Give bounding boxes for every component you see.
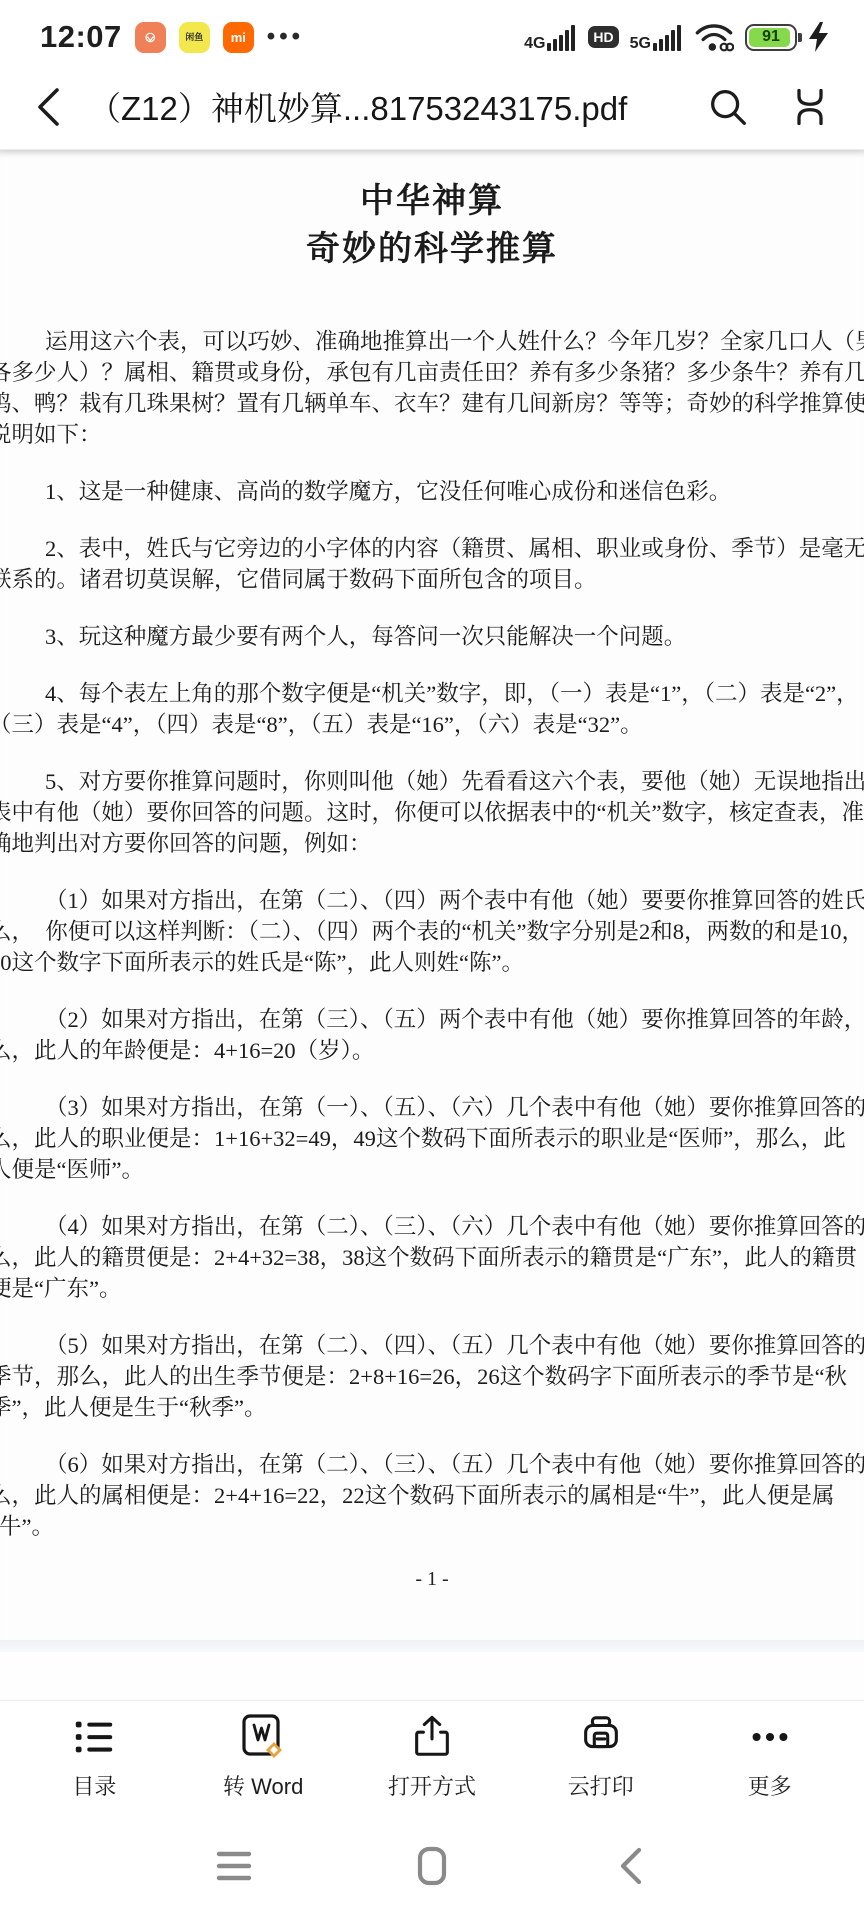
paragraph: 4、每个表左上角的那个数字便是“机关”数字，即，（一）表是“1”，（二）表是“2… <box>0 678 864 740</box>
doc-line: 么，此人的属相便是：2+4+16=22，22这个数码下面所表示的属相是“牛”，此… <box>0 1480 864 1511</box>
xiaomi-app-icon: mi <box>223 22 254 53</box>
cloud-print-icon <box>578 1713 624 1761</box>
cellular-signal-1: 4G <box>524 23 577 51</box>
paragraph: 1、这是一种健康、高尚的数学魔方，它没任何唯心成份和迷信色彩。 <box>0 476 864 507</box>
paragraph: （4）如果对方指出，在第（二）、（三）、（六）几个表中有他（她）要你推算回答的籍… <box>0 1211 864 1304</box>
doc-line: 4、每个表左上角的那个数字便是“机关”数字，即，（一）表是“1”，（二）表是“2… <box>0 678 864 709</box>
back-icon <box>617 1846 643 1886</box>
charging-bolt-icon <box>808 22 830 52</box>
convert-to-word-label: 转 Word <box>223 1770 303 1801</box>
doc-line: （2）如果对方指出，在第（三）、（五）两个表中有他（她）要你推算回答的年龄， 那 <box>0 1004 864 1035</box>
reader-tools-icon <box>788 85 832 129</box>
battery-icon: 91 <box>745 24 797 51</box>
hd-volte-icon: HD <box>588 26 618 48</box>
doc-line: 说明如下： <box>0 419 864 450</box>
doc-line: 么， 你便可以这样判断：（二）、（四）两个表的“机关”数字分别是2和8，两数的和… <box>0 916 864 947</box>
doc-line: 确地判出对方要你回答的问题，例如： <box>0 828 864 859</box>
doc-line: “牛”。 <box>0 1511 864 1542</box>
paragraph: （3）如果对方指出，在第（一）、（五）、（六）几个表中有他（她）要你推算回答的职… <box>0 1092 864 1185</box>
convert-to-word-icon <box>238 1713 288 1761</box>
bottom-toolbar: 目录 转 Word 打开方式 <box>0 1700 864 1812</box>
battery-percent: 91 <box>747 28 795 46</box>
android-nav-bar <box>0 1812 864 1920</box>
header-actions <box>704 83 834 131</box>
doc-line: 10这个数字下面所表示的姓氏是“陈”，此人则姓“陈”。 <box>0 947 864 978</box>
reader-tools-button[interactable] <box>786 83 834 131</box>
status-bar-left: 12:07 ⎉ 闲鱼 mi ••• <box>40 19 304 55</box>
wifi-icon <box>694 21 734 53</box>
paragraph: 5、对方要你推算问题时，你则叫他（她）先看看这六个表，要他（她）无误地指出哪些 … <box>0 766 864 859</box>
doc-line: 5、对方要你推算问题时，你则叫他（她）先看看这六个表，要他（她）无误地指出哪些 <box>0 766 864 797</box>
doc-line: 么，此人的职业便是：1+16+32=49，49这个数码下面所表示的职业是“医师”… <box>0 1123 864 1154</box>
paragraph: 3、玩这种魔方最少要有两个人，每答问一次只能解决一个问题。 <box>0 621 864 652</box>
open-with-label: 打开方式 <box>388 1770 476 1801</box>
more-notifications-icon: ••• <box>267 23 304 51</box>
doc-heading-line-1: 中华神算 <box>0 178 864 226</box>
toc-button[interactable]: 目录 <box>34 1701 154 1812</box>
document-title: （Z12）神机妙算...81753243175.pdf <box>88 83 694 130</box>
paragraph: 运用这六个表，可以巧妙、准确地推算出一个人姓什么？今年几岁？全家几口人（男女 各… <box>0 326 864 450</box>
doc-line: 便是“广东”。 <box>0 1273 864 1304</box>
doc-line: （6）如果对方指出，在第（二）、（三）、（五）几个表中有他（她）要你推算回答的属… <box>0 1449 864 1480</box>
convert-to-word-button[interactable]: 转 Word <box>203 1701 323 1812</box>
paragraph: （5）如果对方指出，在第（二）、（四）、（五）几个表中有他（她）要你推算回答的出… <box>0 1330 864 1423</box>
pdf-page[interactable]: 中华神算 奇妙的科学推算 运用这六个表，可以巧妙、准确地推算出一个人姓什么？今年… <box>0 150 864 1640</box>
doc-line: （1）如果对方指出，在第（二）、（四）两个表中有他（她）要要你推算回答的姓氏，那 <box>0 885 864 916</box>
paragraph: （1）如果对方指出，在第（二）、（四）两个表中有他（她）要要你推算回答的姓氏，那… <box>0 885 864 978</box>
page-text: 运用这六个表，可以巧妙、准确地推算出一个人姓什么？今年几岁？全家几口人（男女 各… <box>0 326 864 1542</box>
doc-line: 表中有他（她）要你回答的问题。这时，你便可以依据表中的“机关”数字，核定查表，准 <box>0 797 864 828</box>
recents-button[interactable] <box>206 1838 262 1894</box>
doc-line: 联系的。诸君切莫误解，它借同属于数码下面所包含的项目。 <box>0 564 864 595</box>
doc-line: （三）表是“4”，（四）表是“8”，（五）表是“16”，（六）表是“32”。 <box>0 709 864 740</box>
doc-line: 2、表中，姓氏与它旁边的小字体的内容（籍贯、属相、职业或身份、季节）是毫无内在 <box>0 533 864 564</box>
doc-line: （5）如果对方指出，在第（二）、（四）、（五）几个表中有他（她）要你推算回答的出… <box>0 1330 864 1361</box>
status-bar-right: 4G HD 5G <box>524 21 830 53</box>
search-button[interactable] <box>704 83 752 131</box>
paragraph: （2）如果对方指出，在第（三）、（五）两个表中有他（她）要你推算回答的年龄， 那… <box>0 1004 864 1066</box>
paragraph: （6）如果对方指出，在第（二）、（三）、（五）几个表中有他（她）要你推算回答的属… <box>0 1449 864 1542</box>
status-bar: 12:07 ⎉ 闲鱼 mi ••• 4G HD 5G <box>0 0 864 64</box>
cellular-signal-2: 5G <box>630 23 683 51</box>
doc-line: （3）如果对方指出，在第（一）、（五）、（六）几个表中有他（她）要你推算回答的职… <box>0 1092 864 1123</box>
doc-line: （4）如果对方指出，在第（二）、（三）、（六）几个表中有他（她）要你推算回答的籍… <box>0 1211 864 1242</box>
doc-line: 运用这六个表，可以巧妙、准确地推算出一个人姓什么？今年几岁？全家几口人（男女 <box>0 326 864 357</box>
more-button[interactable]: 更多 <box>710 1701 830 1812</box>
open-with-icon <box>409 1713 455 1761</box>
doc-line: 么，此人的年龄便是：4+16=20（岁）。 <box>0 1035 864 1066</box>
doc-line: 季节，那么，此人的出生季节便是：2+8+16=26，26这个数码字下面所表示的季… <box>0 1361 864 1392</box>
xianyu-app-icon: 闲鱼 <box>179 22 210 53</box>
page-edge <box>0 1640 864 1652</box>
doc-line: 1、这是一种健康、高尚的数学魔方，它没任何唯心成份和迷信色彩。 <box>0 476 864 507</box>
app-header: （Z12）神机妙算...81753243175.pdf <box>0 64 864 150</box>
paragraph: 2、表中，姓氏与它旁边的小字体的内容（籍贯、属相、职业或身份、季节）是毫无内在 … <box>0 533 864 595</box>
home-button[interactable] <box>404 1838 460 1894</box>
clock: 12:07 <box>40 19 122 55</box>
more-icon <box>747 1713 793 1761</box>
back-button[interactable] <box>30 82 76 132</box>
more-label: 更多 <box>748 1770 792 1801</box>
signal-bars-icon <box>653 23 683 51</box>
toc-label: 目录 <box>72 1770 116 1801</box>
toc-icon <box>71 1713 117 1761</box>
document-view: 中华神算 奇妙的科学推算 运用这六个表，可以巧妙、准确地推算出一个人姓什么？今年… <box>0 150 864 1700</box>
recents-icon <box>216 1849 252 1883</box>
search-icon <box>705 84 751 130</box>
network-type-2-label: 5G <box>630 37 651 51</box>
taobao-app-icon: ⎉ <box>135 22 166 53</box>
doc-line: 季”，此人便是生于“秋季”。 <box>0 1392 864 1423</box>
open-with-button[interactable]: 打开方式 <box>372 1701 492 1812</box>
doc-line: 鸡、鸭？栽有几珠果树？置有几辆单车、衣车？建有几间新房？等等；奇妙的科学推算使用 <box>0 388 864 419</box>
doc-line: 各多少人）？属相、籍贯或身份，承包有几亩责任田？养有多少条猪？多少条牛？养有几只 <box>0 357 864 388</box>
doc-line: 3、玩这种魔方最少要有两个人，每答问一次只能解决一个问题。 <box>0 621 864 652</box>
doc-line: 人便是“医师”。 <box>0 1154 864 1185</box>
network-type-1-label: 4G <box>524 37 545 51</box>
cloud-print-label: 云打印 <box>568 1770 634 1801</box>
signal-bars-icon <box>547 23 577 51</box>
back-chevron-icon <box>30 83 66 131</box>
doc-line: 么，此人的籍贯便是：2+4+32=38，38这个数码下面所表示的籍贯是“广东”，… <box>0 1242 864 1273</box>
back-nav-button[interactable] <box>602 1838 658 1894</box>
doc-heading-line-2: 奇妙的科学推算 <box>0 226 864 274</box>
home-icon <box>417 1846 447 1886</box>
page-number: - 1 - <box>0 1568 864 1591</box>
cloud-print-button[interactable]: 云打印 <box>541 1701 661 1812</box>
